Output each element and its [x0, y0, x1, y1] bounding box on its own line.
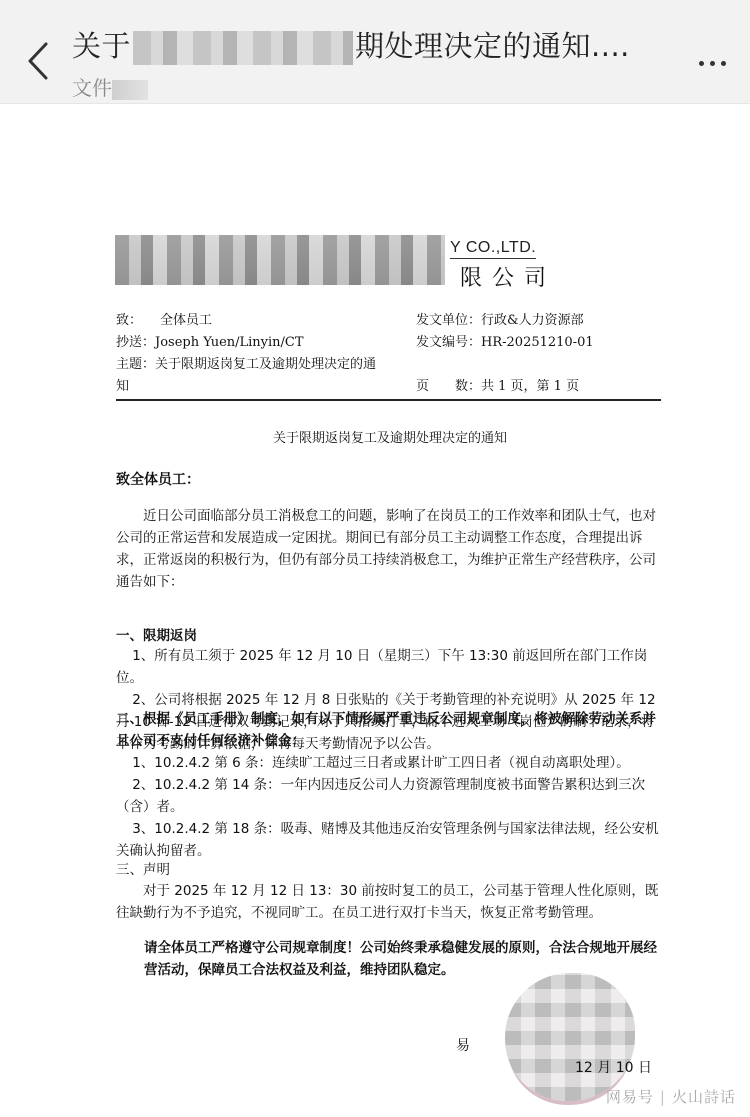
cc-label: 抄送：	[116, 335, 155, 350]
salutation: 致全体员工：	[116, 469, 200, 489]
subject-label: 主题：	[116, 357, 155, 372]
subject-value-cont: 知	[116, 379, 129, 394]
file-preview-subtitle: 文件	[72, 72, 672, 101]
redacted-title-block	[133, 31, 353, 65]
to-value: 全体员工	[160, 313, 212, 328]
header-divider	[116, 399, 661, 401]
section2-item: 1、10.2.4.2 第 6 条：连续旷工超过三日者或累计旷工四日者（视自动离职…	[116, 752, 666, 774]
section3-heading: 三、声明	[116, 859, 666, 881]
notice-title: 关于限期返岗复工及逾期处理决定的通知	[0, 427, 750, 446]
subject-value: 关于限期返岗复工及逾期处理决定的通	[155, 357, 376, 372]
more-options-button[interactable]	[692, 48, 732, 78]
intro-paragraph: 近日公司面临部分员工消极怠工的问题，影响了在岗员工的工作效率和团队士气，也对公司…	[116, 505, 666, 593]
title-suffix: 期处理决定的通知....	[355, 29, 630, 63]
section1-item: 1、所有员工须于 2025 年 12 月 10 日（星期三）下午 13:30 前…	[116, 645, 666, 689]
section2-item: 3、10.2.4.2 第 18 条：吸毒、赌博及其他违反治安管理条例与国家法律法…	[116, 818, 666, 862]
subtitle-prefix: 文件	[72, 76, 112, 100]
doc-number-value: HR-20251210-01	[481, 335, 594, 350]
watermark: 网易号|火山詩话	[606, 1086, 736, 1107]
more-dot-icon	[699, 61, 704, 66]
section2: 二、根据《员工手册》制度，如有以下情形属严重违反公司规章制度，将被解除劳动关系并…	[116, 708, 666, 862]
section2-item: 2、10.2.4.2 第 14 条：一年内因违反公司人力资源管理制度被书面警告累…	[116, 774, 666, 818]
pages-value: 共 1 页，第 1 页	[481, 379, 579, 394]
company-name-english: Y CO.,LTD.	[450, 239, 536, 259]
document-title: 关于期处理决定的通知....	[72, 26, 672, 66]
watermark-source: 网易号	[606, 1088, 654, 1106]
company-letterhead: Y CO.,LTD. 限公司	[115, 235, 565, 295]
back-button[interactable]	[18, 36, 58, 86]
watermark-author: 火山詩话	[672, 1088, 736, 1106]
document-preview[interactable]: Y CO.,LTD. 限公司 致：全体员工 发文单位：行政&人力资源部 抄送：J…	[0, 105, 750, 1117]
section3-text: 对于 2025 年 12 月 12 日 13：30 前按时复工的员工，公司基于管…	[116, 880, 666, 924]
title-prefix: 关于	[72, 29, 131, 63]
more-dot-icon	[710, 61, 715, 66]
to-label: 致：	[116, 310, 160, 332]
section2-heading: 二、根据《员工手册》制度，如有以下情形属严重违反公司规章制度，将被解除劳动关系并…	[116, 708, 666, 752]
redacted-company-name	[115, 235, 445, 285]
section1-heading: 一、限期返岗	[116, 625, 666, 647]
memo-header: 致：全体员工 发文单位：行政&人力资源部 抄送：Joseph Yuen/Liny…	[116, 310, 661, 398]
doc-number-label: 发文编号：	[416, 335, 481, 350]
chevron-left-icon	[27, 42, 49, 80]
signature-date: 12 月 10 日	[575, 1057, 652, 1077]
pages-label: 页 数：	[416, 379, 481, 394]
signer: 易	[456, 1035, 470, 1055]
redacted-subtitle-block	[112, 80, 148, 100]
company-name-chinese: 限公司	[460, 261, 556, 292]
top-navigation-bar: 关于期处理决定的通知.... 文件	[0, 0, 750, 104]
redacted-company-seal	[505, 973, 635, 1101]
more-dot-icon	[721, 61, 726, 66]
issuer-value: 行政&人力资源部	[481, 313, 584, 328]
header-titles: 关于期处理决定的通知.... 文件	[72, 26, 672, 101]
issuer-label: 发文单位：	[416, 313, 481, 328]
cc-value: Joseph Yuen/Linyin/CT	[155, 335, 304, 350]
